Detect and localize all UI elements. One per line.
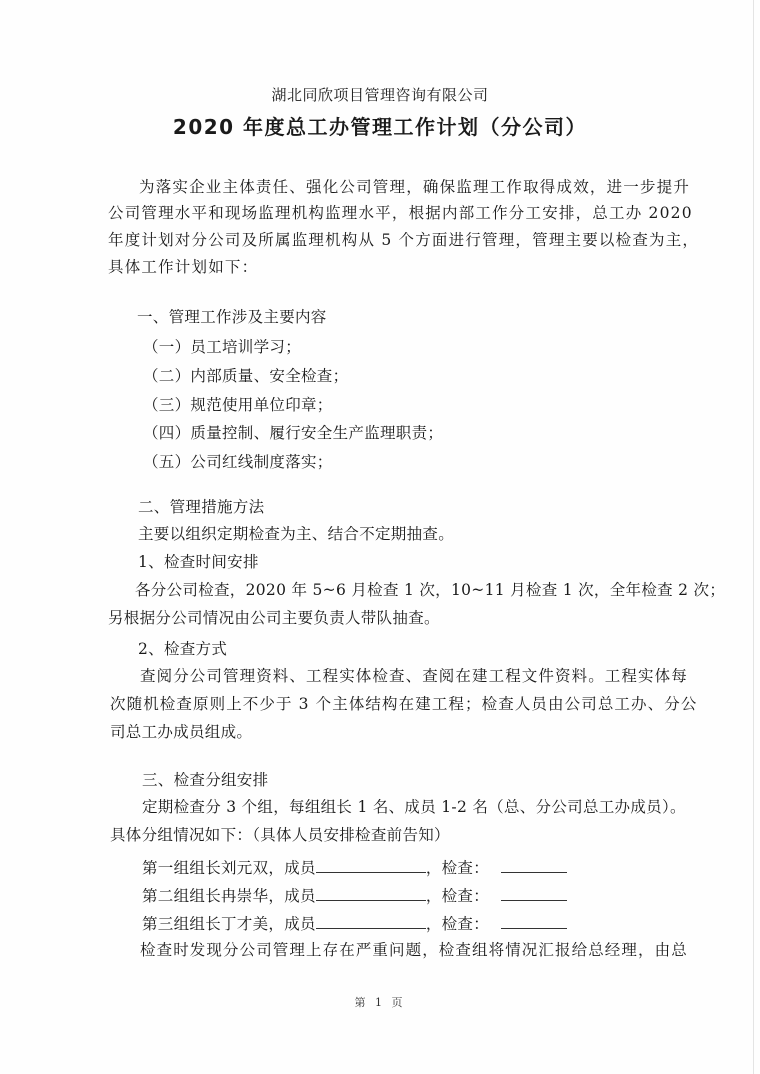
section-1-item-1: （一）员工培训学习； xyxy=(143,337,301,357)
section-1-item-2: （二）内部质量、安全检查； xyxy=(143,366,348,386)
section-2-sub-2-heading: 2、检查方式 xyxy=(138,639,227,659)
group-1-prefix: 第一组组长刘元双，成员 xyxy=(142,859,316,877)
group-row-1: 第一组组长刘元双，成员，检查： xyxy=(142,856,567,878)
section-3-heading: 三、检查分组安排 xyxy=(142,770,268,790)
section-2-sub-1-heading: 1、检查时间安排 xyxy=(138,552,259,572)
group-3-check-label: ，检查： xyxy=(426,915,489,933)
group-1-member-field[interactable] xyxy=(316,856,426,873)
company-name: 湖北同欣项目管理咨询有限公司 xyxy=(0,85,760,105)
group-1-check-field[interactable] xyxy=(501,856,567,873)
group-3-check-field[interactable] xyxy=(501,912,567,929)
group-2-check-label: ，检查： xyxy=(426,887,489,905)
section-1-item-3: （三）规范使用单位印章； xyxy=(143,395,333,415)
intro-line-4: 具体工作计划如下： xyxy=(108,257,258,277)
document-page: 湖北同欣项目管理咨询有限公司 2020 年度总工办管理工作计划（分公司） 为落实… xyxy=(0,0,760,1074)
group-2-prefix: 第二组组长冉崇华，成员 xyxy=(142,887,316,905)
scan-edge xyxy=(753,0,754,1074)
group-2-member-field[interactable] xyxy=(316,884,426,901)
group-2-check-field[interactable] xyxy=(501,884,567,901)
section-1-item-4: （四）质量控制、履行安全生产监理职责； xyxy=(143,423,443,443)
group-3-member-field[interactable] xyxy=(316,912,426,929)
document-title: 2020 年度总工办管理工作计划（分公司） xyxy=(0,113,760,141)
page-number: 第 1 页 xyxy=(0,993,760,1013)
intro-line-1: 为落实企业主体责任、强化公司管理，确保监理工作取得成效，进一步提升 xyxy=(139,177,690,197)
intro-line-2: 公司管理水平和现场监理机构监理水平，根据内部工作分工安排，总工办 2020 xyxy=(108,203,693,223)
section-3-line-2: 具体分组情况如下：（具体人员安排检查前告知） xyxy=(110,825,450,845)
section-2-summary: 主要以组织定期检查为主、结合不定期抽查。 xyxy=(138,524,454,544)
section-3-line-1: 定期检查分 3 个组，每组组长 1 名、成员 1-2 名（总、分公司总工办成员）… xyxy=(142,797,686,817)
group-row-2: 第二组组长冉崇华，成员，检查： xyxy=(142,884,567,906)
group-1-check-label: ，检查： xyxy=(426,859,489,877)
section-1-item-5: （五）公司红线制度落实； xyxy=(143,452,333,472)
section-3-closing: 检查时发现分公司管理上存在严重问题，检查组将情况汇报给总经理，由总 xyxy=(140,940,688,960)
intro-line-3: 年度计划对分公司及所属监理机构从 5 个方面进行管理，管理主要以检查为主， xyxy=(108,230,699,250)
section-2-sub-2-line-2: 次随机检查原则上不少于 3 个主体结构在建工程；检查人员由公司总工办、分公 xyxy=(110,694,697,714)
section-2-sub-1-line-1: 各分公司检查，2020 年 5~6 月检查 1 次，10~11 月检查 1 次，… xyxy=(135,580,725,600)
section-2-sub-1-line-2: 另根据分公司情况由公司主要负责人带队抽查。 xyxy=(108,608,440,628)
section-2-heading: 二、管理措施方法 xyxy=(138,497,264,517)
section-2-sub-2-line-3: 司总工办成员组成。 xyxy=(110,722,252,742)
group-row-3: 第三组组长丁才美，成员，检查： xyxy=(142,912,567,934)
group-3-prefix: 第三组组长丁才美，成员 xyxy=(142,915,316,933)
section-1-heading: 一、管理工作涉及主要内容 xyxy=(137,307,327,327)
section-2-sub-2-line-1: 查阅分公司管理资料、工程实体检查、查阅在建工程文件资料。工程实体每 xyxy=(140,666,688,686)
